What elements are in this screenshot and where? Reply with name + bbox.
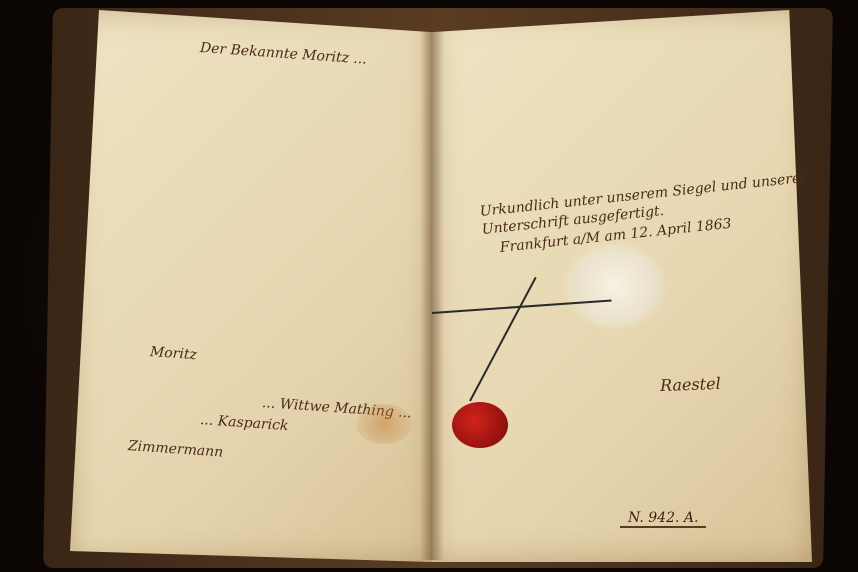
embossed-paper-seal bbox=[570, 248, 660, 324]
left-text-line: Moritz bbox=[149, 344, 197, 363]
book-gutter bbox=[420, 20, 444, 560]
left-page bbox=[70, 10, 432, 562]
red-wax-seal bbox=[452, 402, 508, 448]
paper-stain bbox=[356, 404, 412, 444]
document-number: N. 942. A. bbox=[620, 510, 706, 528]
signature: Raestel bbox=[660, 374, 721, 395]
